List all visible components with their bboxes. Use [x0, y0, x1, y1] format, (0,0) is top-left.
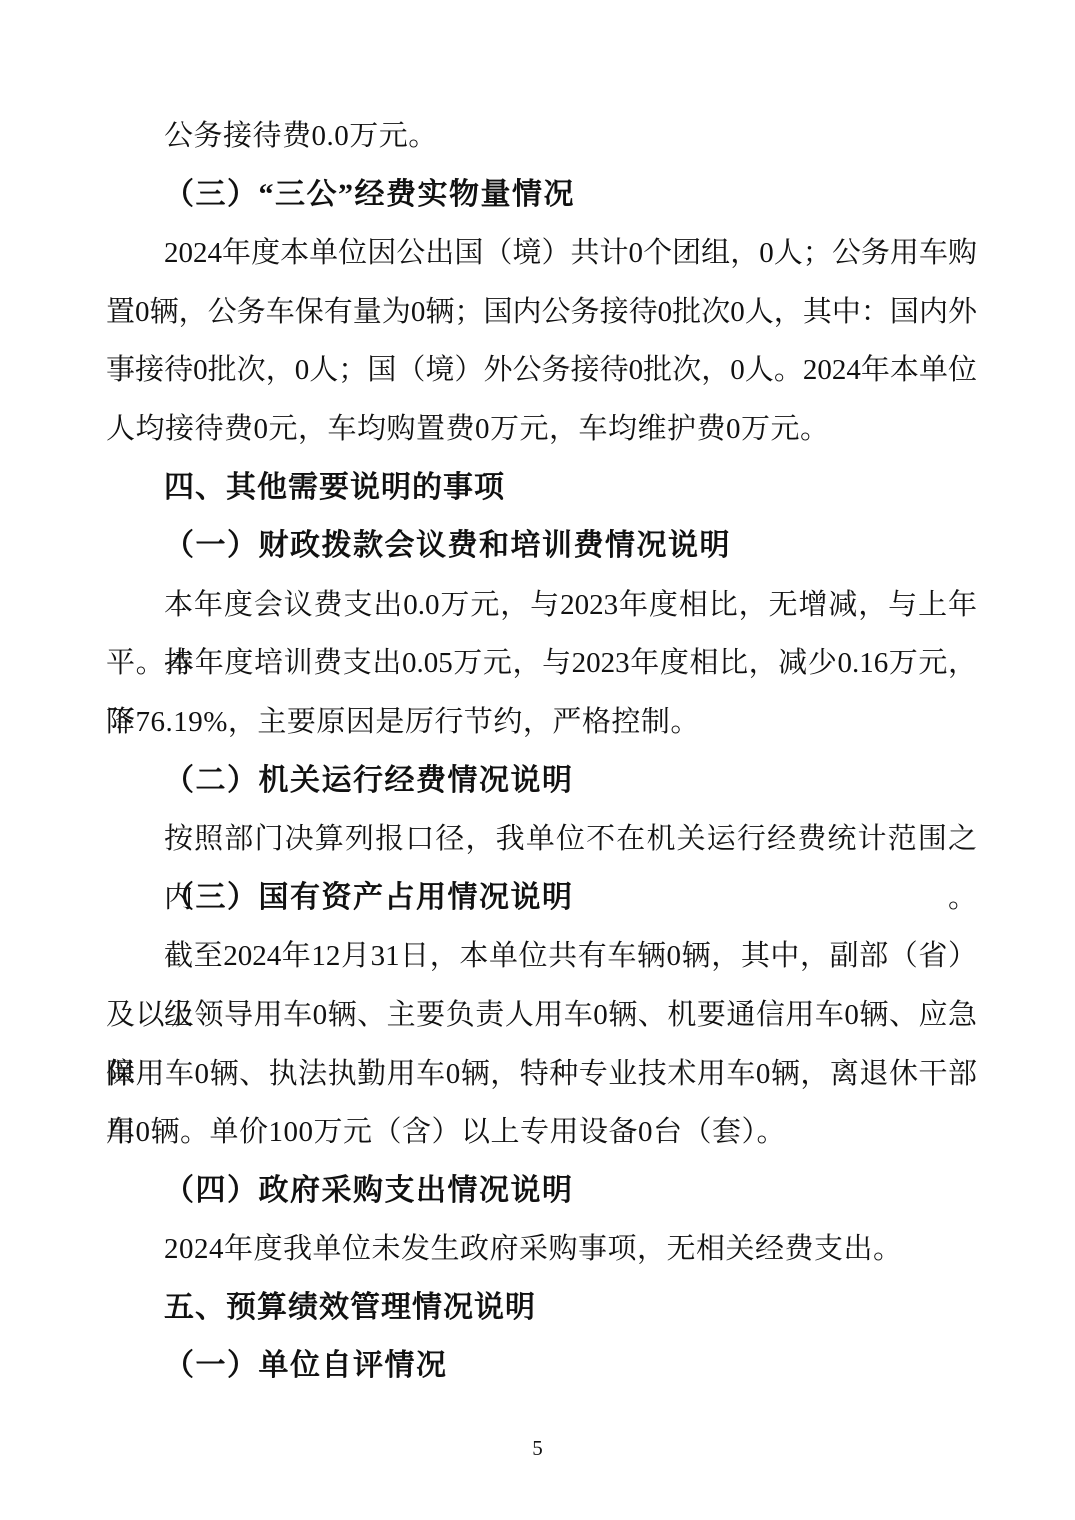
- heading-operating-expenses: （二）机关运行经费情况说明: [106, 752, 977, 811]
- body-line: 人均接待费0元，车均购置费0万元，车均维护费0万元。: [106, 400, 977, 459]
- heading-sangong-physical-quantity: （三）“三公”经费实物量情况: [106, 166, 977, 225]
- body-line: 置0辆，公务车保有量为0辆；国内公务接待0批次0人，其中：国内外: [106, 283, 977, 342]
- body-line: 降76.19%，主要原因是厉行节约，严格控制。: [106, 693, 977, 752]
- body-line: 车0辆。单价100万元（含）以上专用设备0台（套）。: [106, 1103, 977, 1162]
- document-page: 公务接待费0.0万元。 （三）“三公”经费实物量情况 2024年度本单位因公出国…: [0, 0, 1075, 1520]
- body-line: 障用车0辆、执法执勤用车0辆，特种专业技术用车0辆，离退休干部用: [106, 1045, 977, 1104]
- body-line: 按照部门决算列报口径，我单位不在机关运行经费统计范围之内。: [106, 810, 977, 869]
- body-line: 截至2024年12月31日，本单位共有车辆0辆，其中，副部（省）级: [106, 927, 977, 986]
- heading-other-matters: 四、其他需要说明的事项: [106, 459, 977, 518]
- body-line: 事接待0批次，0人；国（境）外公务接待0批次，0人。2024年本单位: [106, 341, 977, 400]
- body-line: 平。本年度培训费支出0.05万元，与2023年度相比，减少0.16万元，下: [106, 634, 977, 693]
- heading-self-evaluation: （一）单位自评情况: [106, 1337, 977, 1396]
- page-number: 5: [0, 1436, 1075, 1461]
- body-line: 2024年度本单位因公出国（境）共计0个团组，0人；公务用车购: [106, 224, 977, 283]
- body-line: 公务接待费0.0万元。: [106, 107, 977, 166]
- body-line: 2024年度我单位未发生政府采购事项，无相关经费支出。: [106, 1220, 977, 1279]
- heading-budget-performance: 五、预算绩效管理情况说明: [106, 1279, 977, 1338]
- document-body: 公务接待费0.0万元。 （三）“三公”经费实物量情况 2024年度本单位因公出国…: [106, 107, 977, 1396]
- heading-government-procurement: （四）政府采购支出情况说明: [106, 1162, 977, 1221]
- body-line: 及以上领导用车0辆、主要负责人用车0辆、机要通信用车0辆、应急保: [106, 986, 977, 1045]
- body-line: 本年度会议费支出0.0万元，与2023年度相比，无增减，与上年持: [106, 576, 977, 635]
- heading-meeting-training-fees: （一）财政拨款会议费和培训费情况说明: [106, 517, 977, 576]
